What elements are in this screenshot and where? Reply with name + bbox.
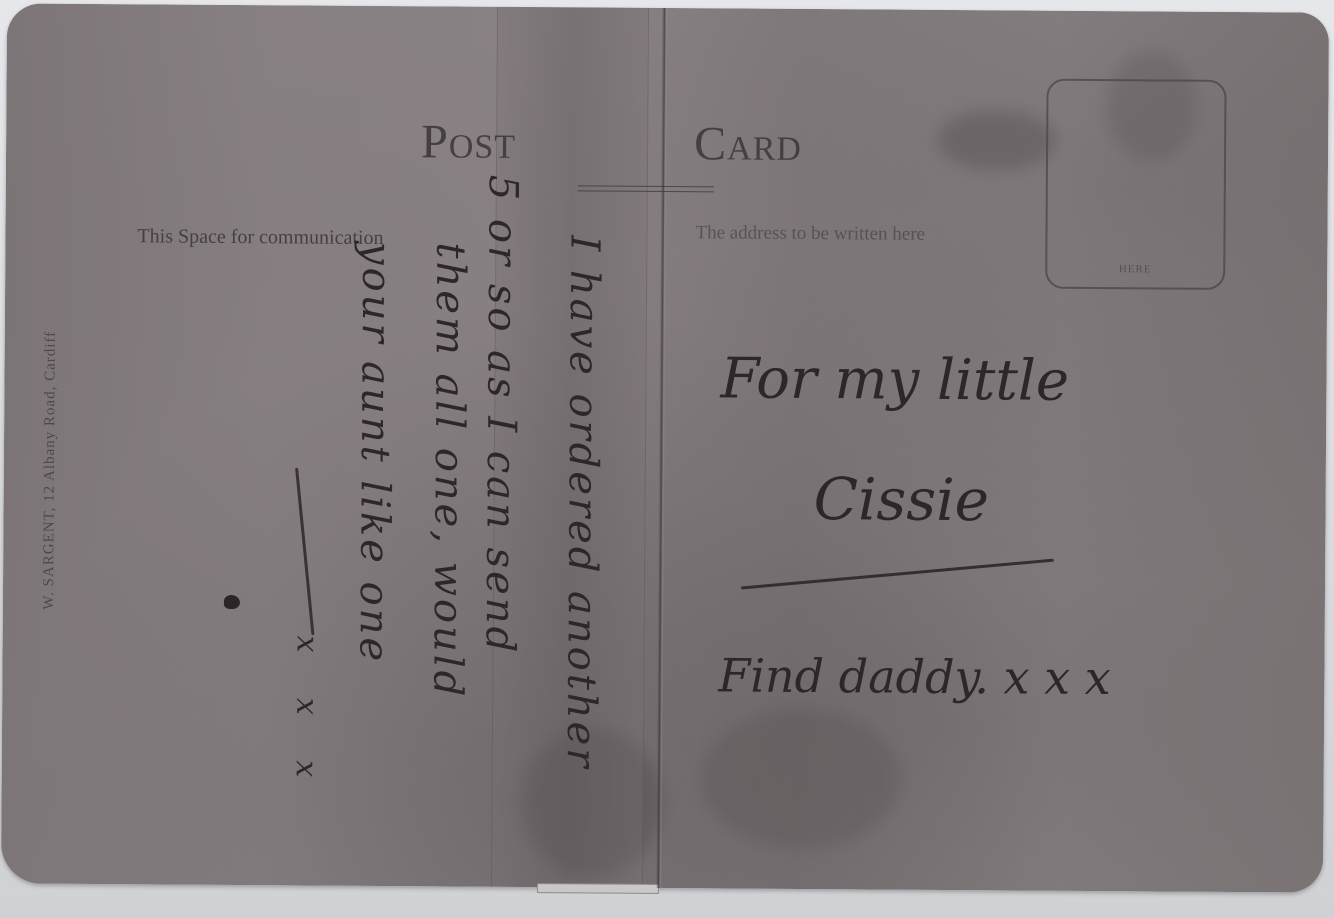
- message-line: your aunt like one: [350, 242, 399, 664]
- address-line-1: For my little: [720, 346, 1069, 413]
- message-stroke: [295, 468, 314, 635]
- message-line: I have ordered another: [558, 235, 608, 770]
- ink-blot: [224, 595, 240, 609]
- message-line: 5 or so as I can send: [477, 175, 526, 656]
- message-line: them all one, would: [424, 242, 473, 699]
- header-post: Post: [421, 114, 516, 170]
- address-underline: [741, 559, 1054, 590]
- header-card: Card: [694, 116, 802, 172]
- publisher-imprint: W. SARGENT, 12 Albany Road, Cardiff: [41, 331, 60, 610]
- message-kisses: x x x: [289, 635, 325, 795]
- stamp-box: HERE: [1045, 79, 1226, 290]
- postcard: Post Card This Space for communication T…: [1, 3, 1329, 892]
- center-fold: [656, 8, 668, 888]
- stain: [936, 110, 1056, 171]
- stain: [701, 708, 902, 849]
- photo-scene: Post Card This Space for communication T…: [0, 0, 1334, 918]
- address-label: The address to be written here: [695, 222, 925, 246]
- stamp-box-label: HERE: [1047, 263, 1223, 276]
- communication-label: This Space for communication: [137, 225, 383, 250]
- address-line-3: Find daddy. x x x: [718, 648, 1111, 705]
- address-line-2: Cissie: [813, 465, 989, 534]
- header-divider: [578, 185, 714, 192]
- tape-edge: [537, 883, 659, 894]
